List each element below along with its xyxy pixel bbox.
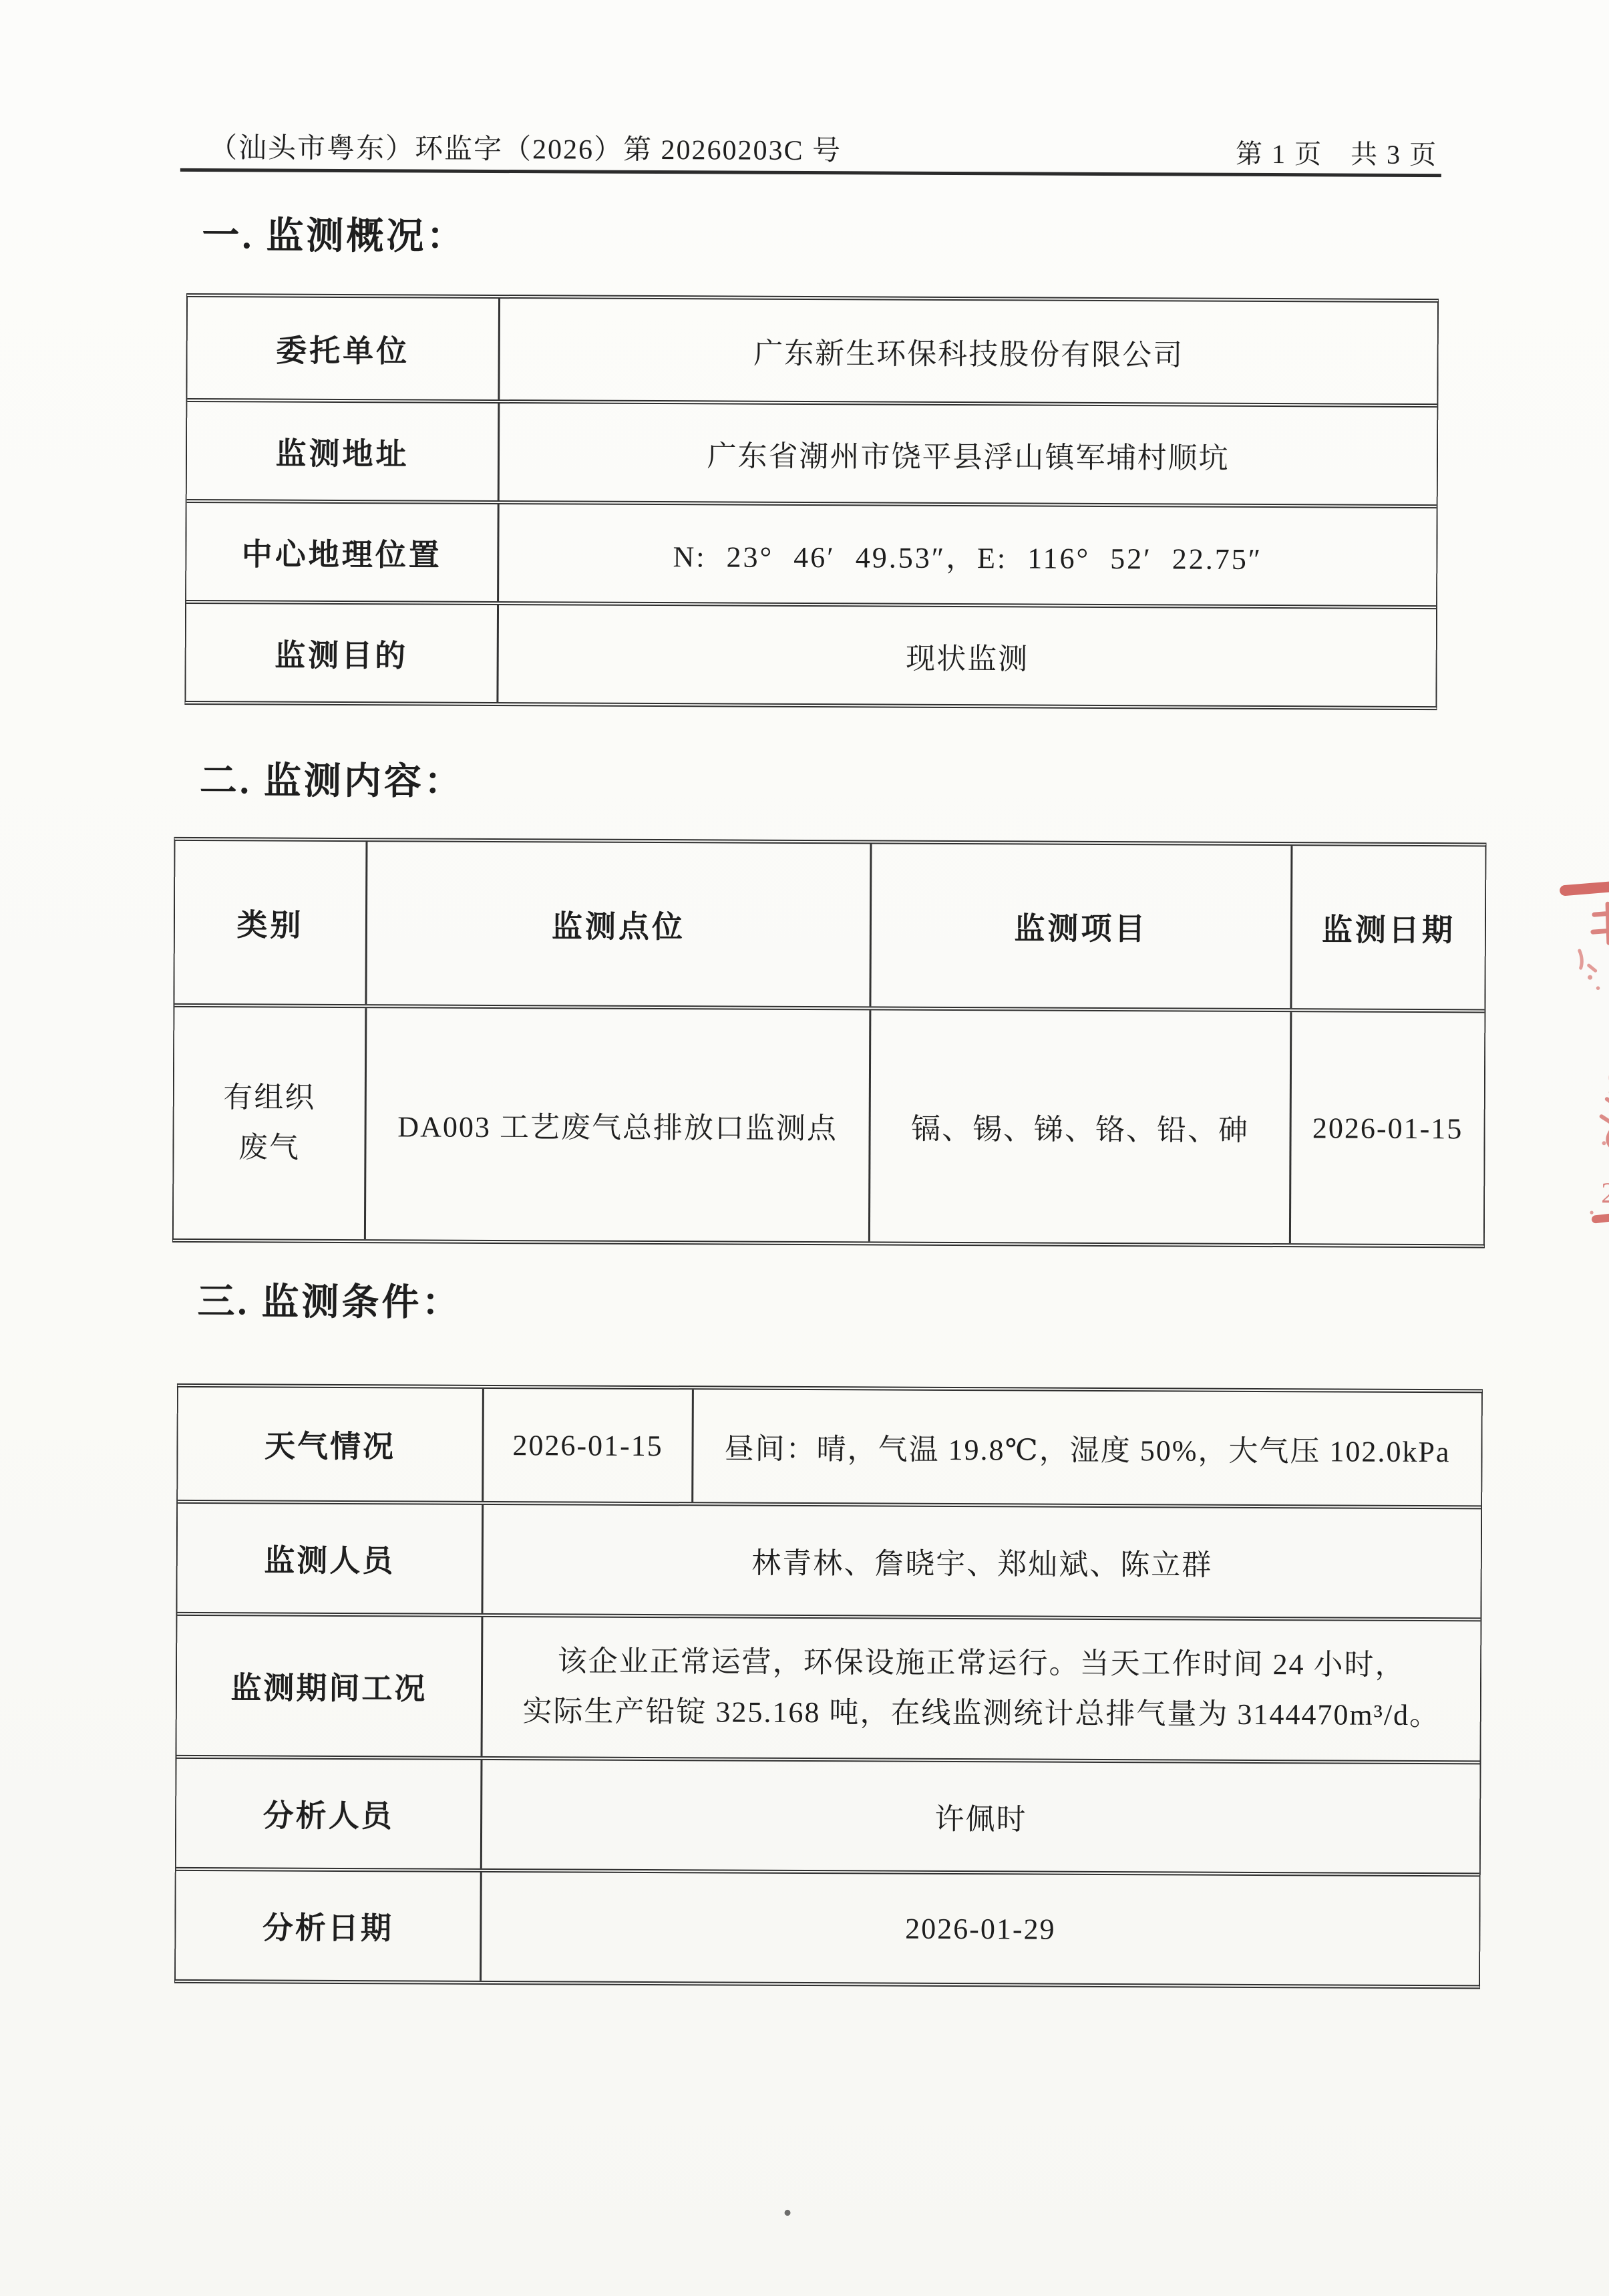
row-value: N: 23° 46′ 49.53″，E: 116° 52′ 22.75″: [497, 504, 1437, 605]
cell-monitoring-point: DA003 工艺废气总排放口监测点: [364, 1008, 870, 1241]
row-value: 现状监测: [496, 605, 1436, 706]
cell-monitoring-date: 2026-01-15: [1289, 1012, 1485, 1244]
row-label: 监测地址: [187, 402, 498, 500]
scanned-sheet: （汕头市粤东）环监字（2026）第 20260203C 号 第 1 页 共 3 …: [0, 0, 1609, 2296]
table-row: 监测目的 现状监测: [186, 600, 1436, 706]
row-label: 分析人员: [176, 1759, 481, 1868]
row-label: 监测人员: [177, 1504, 482, 1613]
doc-number: （汕头市粤东）环监字（2026）第 20260203C 号: [209, 126, 842, 168]
document-page: （汕头市粤东）环监字（2026）第 20260203C 号 第 1 页 共 3 …: [0, 0, 1609, 2296]
table-row: 分析人员 许佩时: [176, 1755, 1480, 1873]
cell-analysis-date: 2026-01-29: [480, 1872, 1479, 1985]
column-header: 监测日期: [1290, 846, 1485, 1009]
table-header-row: 类别 监测点位 监测项目 监测日期: [174, 841, 1485, 1009]
table-row: 天气情况 2026-01-15 昼间：晴，气温 19.8℃，湿度 50%，大气压…: [178, 1387, 1481, 1506]
cell-operating-condition: 该企业正常运营，环保设施正常运行。当天工作时间 24 小时， 实际生产铅锭 32…: [481, 1617, 1481, 1761]
overview-table: 委托单位 广东新生环保科技股份有限公司 监测地址 广东省潮州市饶平县浮山镇军埔村…: [184, 293, 1439, 710]
table-row: 监测人员 林青林、詹晓宇、郑灿斌、陈立群: [177, 1500, 1481, 1618]
cell-staff: 林青林、詹晓宇、郑灿斌、陈立群: [481, 1505, 1481, 1618]
row-value: 广东新生环保科技股份有限公司: [498, 299, 1437, 403]
row-label: 委托单位: [187, 297, 498, 399]
page-indicator: 第 1 页 共 3 页: [1236, 133, 1437, 172]
section-title-overview: 一. 监测概况：: [202, 206, 466, 261]
cell-weather-date: 2026-01-15: [482, 1389, 692, 1502]
section-title-condition: 三. 监测条件：: [197, 1272, 462, 1327]
row-label: 分析日期: [176, 1871, 480, 1981]
condition-table: 天气情况 2026-01-15 昼间：晴，气温 19.8℃，湿度 50%，大气压…: [174, 1383, 1483, 1989]
table-row: 分析日期 2026-01-29: [176, 1867, 1479, 1985]
cell-category: 有组织 废气: [174, 1007, 365, 1239]
scan-speck: [785, 2210, 791, 2216]
cell-monitoring-items: 镉、锡、锑、铬、铅、砷: [868, 1010, 1290, 1243]
red-stamp-fragment: 2: [1532, 865, 1609, 1240]
table-row: 委托单位 广东新生环保科技股份有限公司: [187, 297, 1437, 403]
stamp-partial-digit: 2: [1601, 1176, 1609, 1209]
section-title-content: 二. 监测内容：: [200, 751, 464, 806]
cell-analyst: 许佩时: [480, 1760, 1480, 1873]
content-table: 类别 监测点位 监测项目 监测日期 有组织 废气 DA003 工艺废气总排放口监…: [172, 837, 1487, 1249]
column-header: 类别: [174, 841, 365, 1004]
row-label: 监测目的: [186, 604, 497, 702]
table-row: 监测地址 广东省潮州市饶平县浮山镇军埔村顺坑: [187, 398, 1437, 504]
row-label: 监测期间工况: [177, 1616, 482, 1756]
row-label: 天气情况: [178, 1387, 482, 1501]
row-value: 广东省潮州市饶平县浮山镇军埔村顺坑: [498, 403, 1437, 504]
table-row: 有组织 废气 DA003 工艺废气总排放口监测点 镉、锡、锑、铬、铅、砷 202…: [174, 1003, 1485, 1245]
cell-weather-desc: 昼间：晴，气温 19.8℃，湿度 50%，大气压 102.0kPa: [691, 1389, 1481, 1505]
row-label: 中心地理位置: [186, 503, 498, 601]
column-header: 监测点位: [365, 842, 870, 1006]
table-row: 中心地理位置 N: 23° 46′ 49.53″，E: 116° 52′ 22.…: [186, 499, 1437, 605]
column-header: 监测项目: [869, 844, 1290, 1008]
table-row: 监测期间工况 该企业正常运营，环保设施正常运行。当天工作时间 24 小时， 实际…: [177, 1612, 1481, 1761]
